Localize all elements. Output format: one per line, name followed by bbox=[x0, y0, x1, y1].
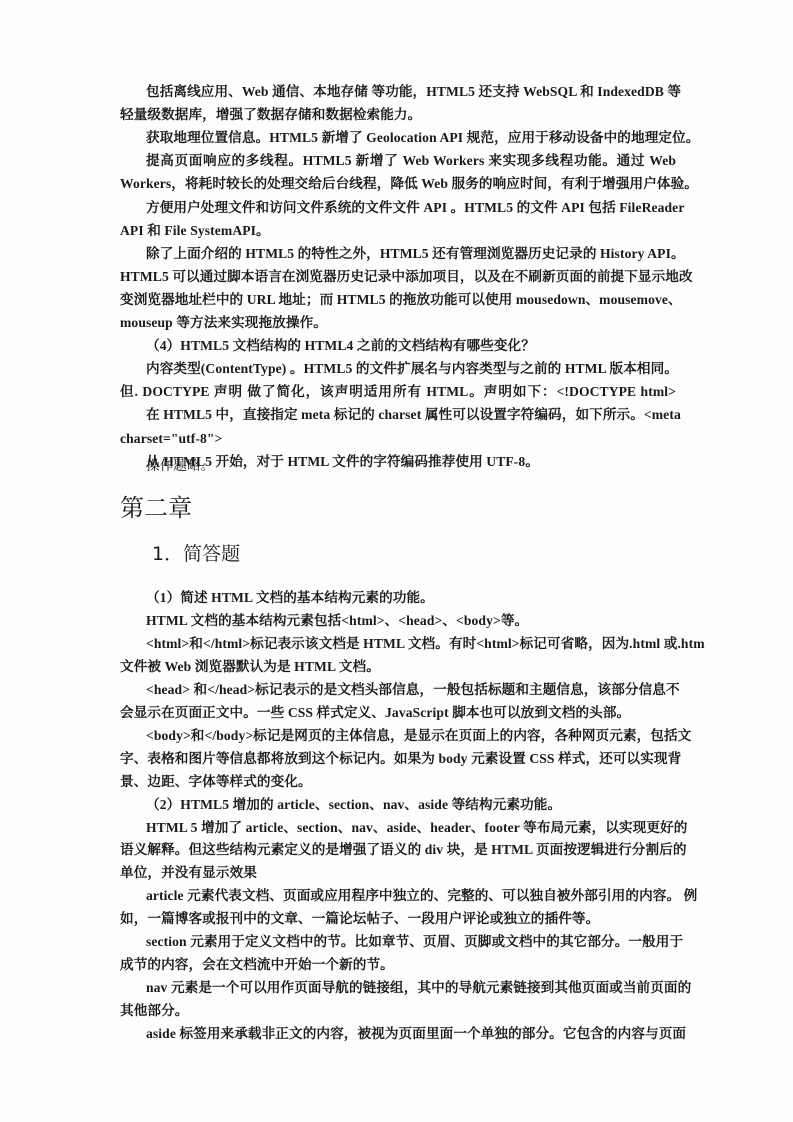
text-line: <html>和</html>标记表示该文档是 HTML 文档。有时<html>标… bbox=[146, 634, 676, 654]
text-line: nav 元素是一个可以用作页面导航的链接组，其中的导航元素链接到其他页面或当前页… bbox=[146, 978, 676, 998]
text-line: charset="utf-8"> bbox=[120, 429, 676, 449]
text-line: 其他部分。 bbox=[120, 1001, 676, 1021]
text-line: HTML5 可以通过脚本语言在浏览器历史记录中添加项目，以及在不刷新页面的前提下… bbox=[120, 267, 676, 287]
text-line: aside 标签用来承载非正文的内容，被视为页面里面一个单独的部分。它包含的内容… bbox=[146, 1024, 676, 1044]
text-line: （4）HTML5 文档结构的 HTML4 之前的文档结构有哪些变化？ bbox=[146, 336, 676, 356]
text-line: 成节的内容，会在文档流中开始一个新的节。 bbox=[120, 955, 676, 975]
text-line: （1）简述 HTML 文档的基本结构元素的功能。 bbox=[146, 588, 676, 608]
document-page: 包括离线应用、Web 通信、本地存储 等功能，HTML5 还支持 WebSQL … bbox=[0, 0, 793, 1122]
text-line: 获取地理位置信息。HTML5 新增了 Geolocation API 规范，应用… bbox=[146, 128, 676, 148]
text-line: <head> 和</head>标记表示的是文档头部信息，一般包括标题和主题信息，… bbox=[146, 680, 676, 700]
text-line: 除了上面介绍的 HTML5 的特性之外，HTML5 还有管理浏览器历史记录的 H… bbox=[146, 244, 676, 264]
text-line: 内容类型(ContentType) 。HTML5 的文件扩展名与内容类型与之前的… bbox=[146, 359, 676, 379]
text-line: API 和 File SystemAPI。 bbox=[120, 221, 676, 241]
text-line: 会显示在页面正文中。一些 CSS 样式定义、JavaScript 脚本也可以放到… bbox=[120, 703, 676, 723]
text-line: section 元素用于定义文档中的节。比如章节、页眉、页脚或文档中的其它部分。… bbox=[146, 932, 676, 952]
text-line: 提高页面响应的多线程。HTML5 新增了 Web Workers 来实现多线程功… bbox=[146, 151, 676, 171]
text-line: 字、表格和图片等信息都将放到这个标记内。如果为 body 元素设置 CSS 样式… bbox=[120, 749, 676, 769]
operation-note: 操作题略。 bbox=[146, 456, 676, 476]
text-line: article 元素代表文档、页面或应用程序中独立的、完整的、可以独自被外部引用… bbox=[146, 886, 676, 906]
text-line: <body>和</body>标记是网页的主体信息，是显示在页面上的内容，各种网页… bbox=[146, 726, 676, 746]
text-line: 单位，并没有显示效果 bbox=[120, 863, 676, 883]
text-line: 但. DOCTYPE 声明 做了简化，该声明适用所有 HTML。声明如下：<!D… bbox=[120, 382, 676, 402]
text-line: 文件被 Web 浏览器默认为是 HTML 文档。 bbox=[120, 657, 676, 677]
chapter-title: 第二章 bbox=[120, 492, 192, 524]
text-line: 变浏览器地址栏中的 URL 地址；而 HTML5 的拖放功能可以使用 mouse… bbox=[120, 290, 676, 310]
section-title: 1．简答题 bbox=[152, 540, 240, 568]
text-line: mouseup 等方法来实现拖放操作。 bbox=[120, 313, 676, 333]
text-line: 景、边距、字体等样式的变化。 bbox=[120, 772, 676, 792]
text-line: 语义解释。但这些结构元素定义的是增强了语义的 div 块，是 HTML 页面按逻… bbox=[120, 840, 676, 860]
text-line: 轻量级数据库，增强了数据存储和数据检索能力。 bbox=[120, 105, 676, 125]
text-line: （2）HTML5 增加的 article、section、nav、aside 等… bbox=[146, 795, 676, 815]
text-line: 如，一篇博客或报刊中的文章、一篇论坛帖子、一段用户评论或独立的插件等。 bbox=[120, 909, 676, 929]
text-line: Workers，将耗时较长的处理交给后台线程，降低 Web 服务的响应时间，有利… bbox=[120, 174, 676, 194]
text-line: 方便用户处理文件和访问文件系统的文件文件 API 。HTML5 的文件 API … bbox=[146, 198, 676, 218]
text-line: 包括离线应用、Web 通信、本地存储 等功能，HTML5 还支持 WebSQL … bbox=[146, 82, 676, 102]
text-line: 在 HTML5 中，直接指定 meta 标记的 charset 属性可以设置字符… bbox=[146, 405, 676, 425]
text-line: HTML 文档的基本结构元素包括<html>、<head>、<body>等。 bbox=[146, 611, 676, 631]
text-line: HTML 5 增加了 article、section、nav、aside、hea… bbox=[146, 818, 676, 838]
